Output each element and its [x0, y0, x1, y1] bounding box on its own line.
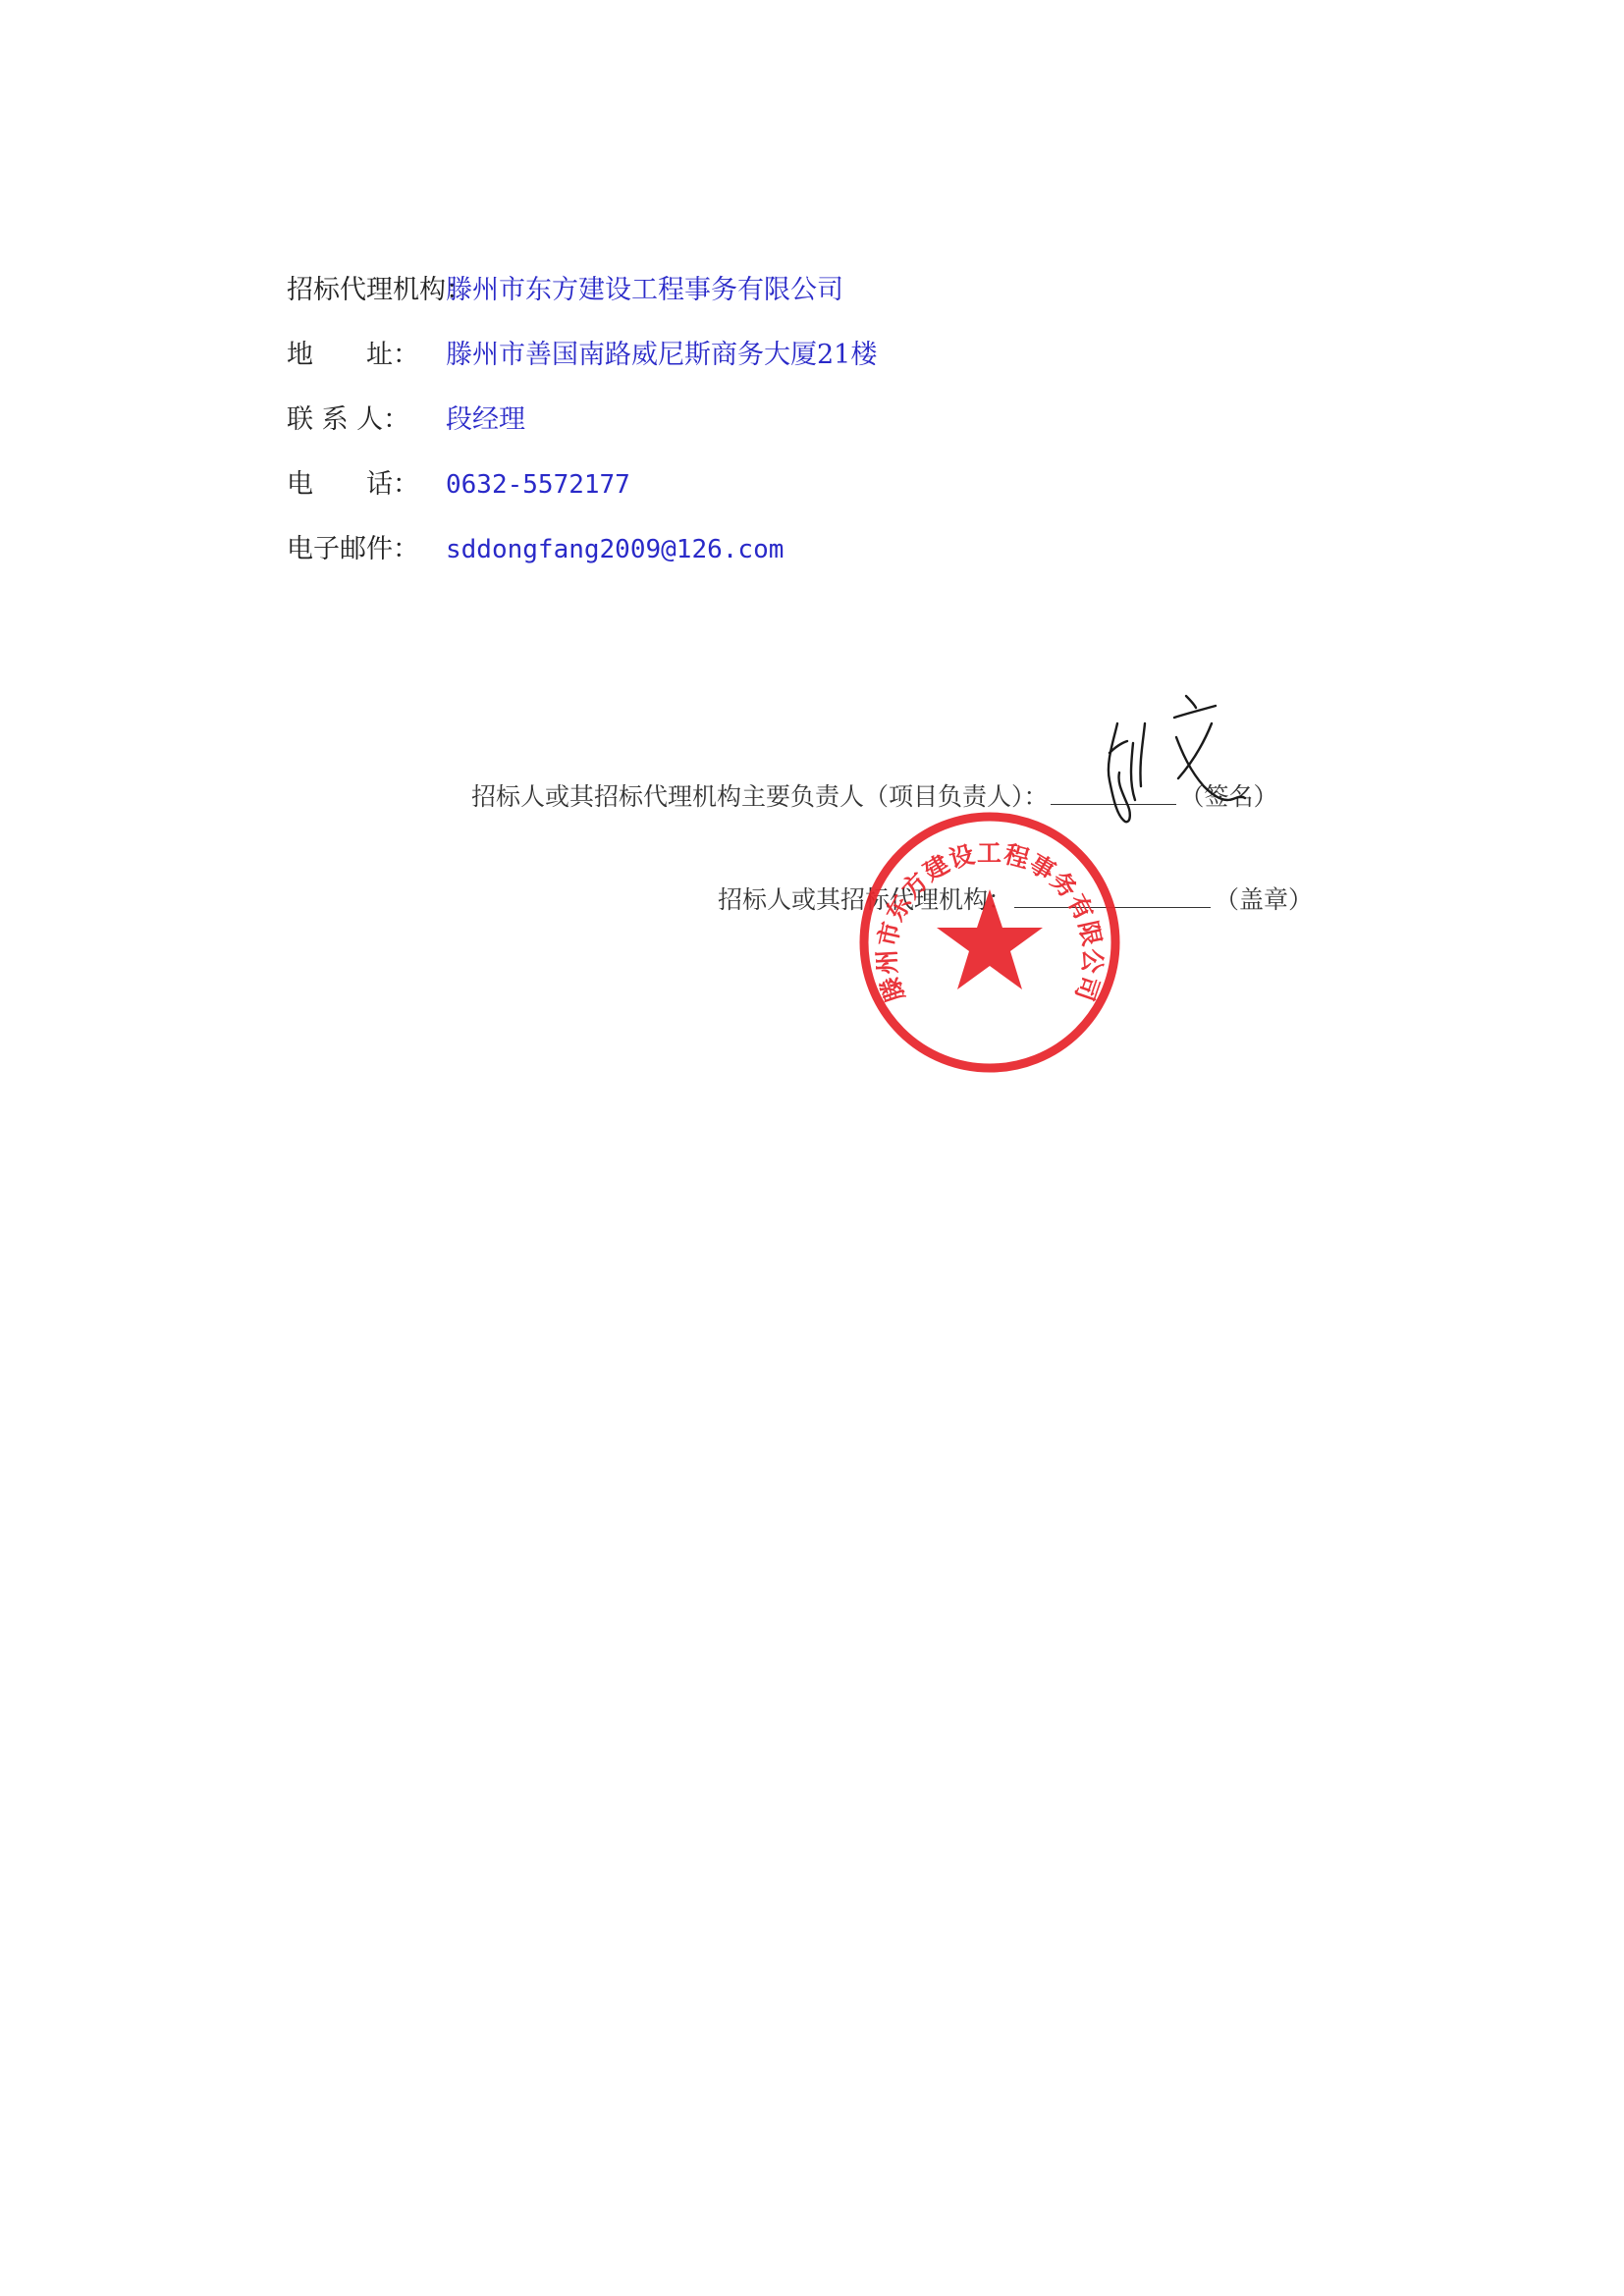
address-label: 地 址：	[287, 336, 446, 375]
document-page: 招标代理机构： 滕州市东方建设工程事务有限公司 地 址： 滕州市善国南路威尼斯商…	[0, 0, 1624, 2296]
contact-row-person: 联 系 人： 段经理	[287, 400, 877, 465]
handwritten-signature	[1088, 684, 1255, 831]
principal-label: 招标人或其招标代理机构主要负责人（项目负责人）：	[471, 782, 1049, 811]
phone-value: 0632-5572177	[446, 465, 630, 505]
company-seal: 滕州市东方建设工程事务有限公司	[856, 809, 1123, 1076]
red-star-icon	[937, 889, 1043, 989]
phone-label: 电 话：	[287, 465, 446, 505]
contact-row-phone: 电 话： 0632-5572177	[287, 465, 877, 530]
address-value: 滕州市善国南路威尼斯商务大厦21楼	[446, 336, 877, 375]
contact-person-label: 联 系 人：	[287, 400, 446, 440]
contact-row-agency: 招标代理机构： 滕州市东方建设工程事务有限公司	[287, 271, 877, 336]
agency-label: 招标代理机构：	[287, 271, 446, 310]
agency-seal-suffix: （盖章）	[1215, 885, 1313, 914]
contact-row-address: 地 址： 滕州市善国南路威尼斯商务大厦21楼	[287, 336, 877, 400]
contact-person-value: 段经理	[446, 400, 525, 440]
email-label: 电子邮件：	[287, 530, 446, 569]
contact-info: 招标代理机构： 滕州市东方建设工程事务有限公司 地 址： 滕州市善国南路威尼斯商…	[287, 271, 877, 595]
email-value: sddongfang2009@126.com	[446, 530, 784, 569]
agency-value: 滕州市东方建设工程事务有限公司	[446, 271, 843, 310]
contact-row-email: 电子邮件： sddongfang2009@126.com	[287, 530, 877, 595]
